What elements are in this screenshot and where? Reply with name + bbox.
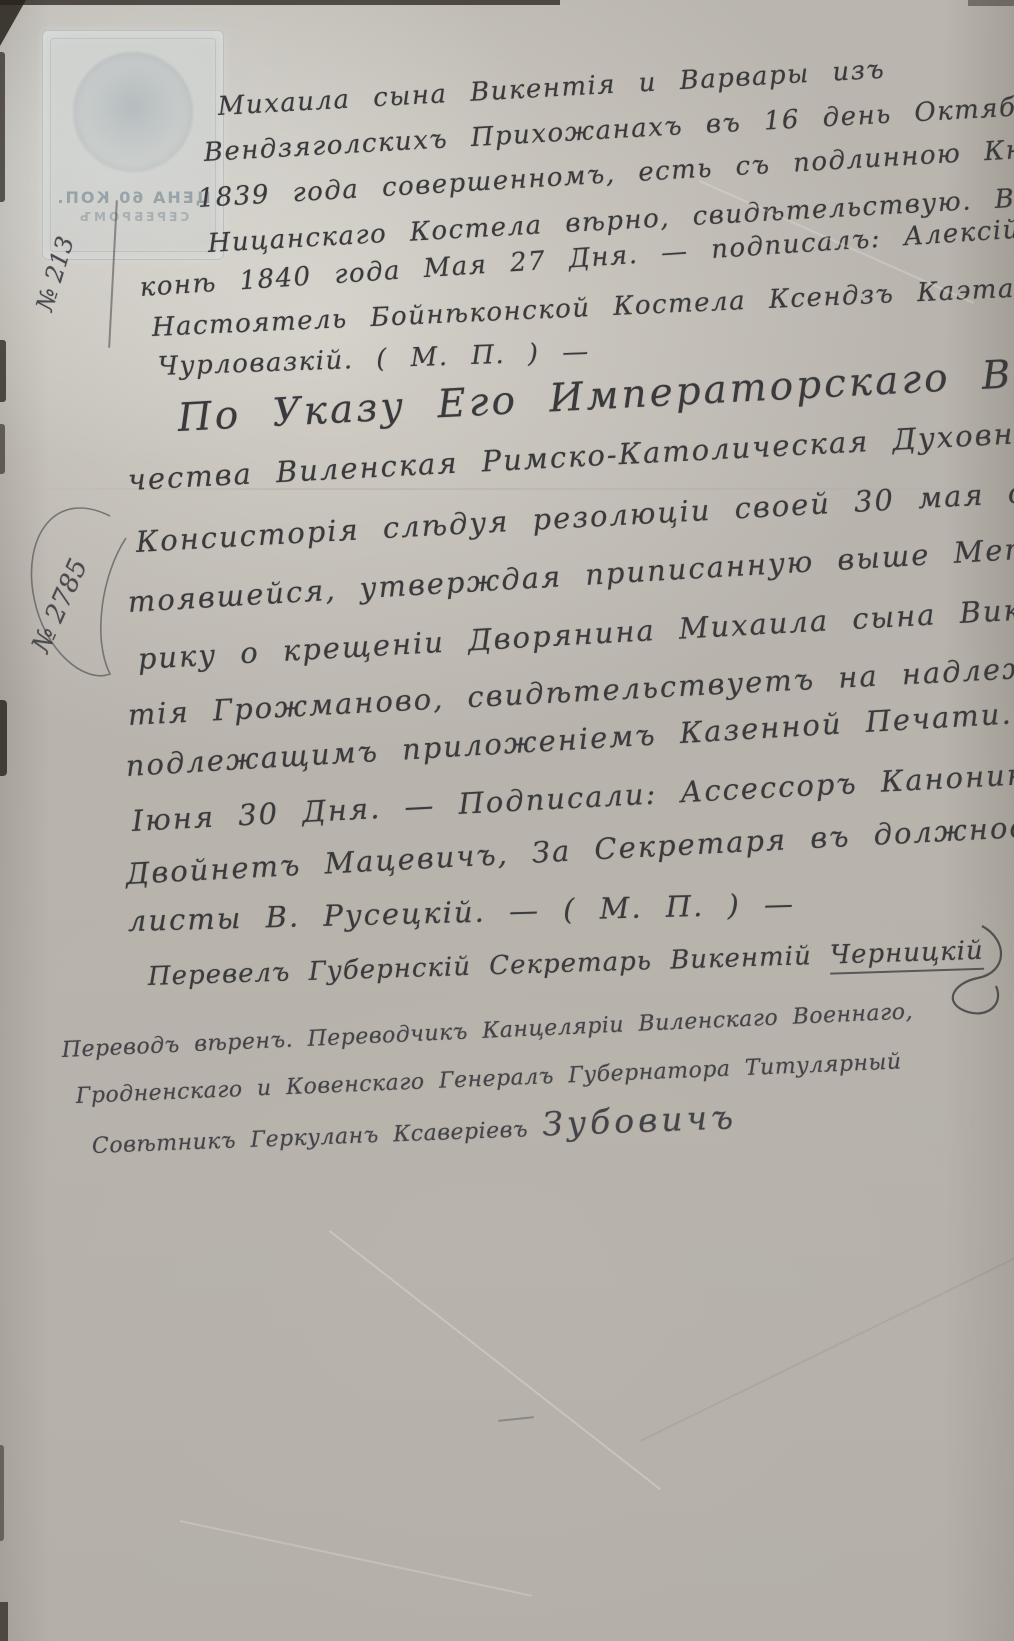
translation-line-2: Гродненскаго и Ковенскаго Генералъ Губер… xyxy=(75,1049,902,1109)
margin-flourish-loop xyxy=(14,478,144,698)
translator-line-text: Перевелъ Губернскій Секретарь Викентій xyxy=(147,941,830,992)
paper-crease xyxy=(640,1230,1014,1442)
paper-crease xyxy=(180,1520,533,1597)
scan-edge-left-4 xyxy=(0,700,7,776)
scan-edge-left-1 xyxy=(0,52,5,202)
faint-ink-dash xyxy=(498,1416,534,1422)
margin-note-upper: № 213 xyxy=(31,233,80,314)
scan-edge-top-right xyxy=(968,0,1014,6)
scan-edge-top-left-corner xyxy=(0,0,26,46)
scan-edge-bottom-left xyxy=(0,1602,8,1641)
scan-edge-left-3 xyxy=(0,424,5,474)
translation-line-3: Совѣтникъ Геркуланъ Ксаверіевъ Зубовичъ xyxy=(91,1097,738,1161)
translator-line: Перевелъ Губернскій Секретарь Викентій Ч… xyxy=(147,936,984,992)
decree-line-10: листы В. Русецкій. — ( М. П. ) — xyxy=(127,887,795,938)
zubovich-signature: Зубовичъ xyxy=(542,1097,738,1143)
paper-crease xyxy=(329,1230,661,1490)
signature-flourish-icon xyxy=(912,920,1012,1020)
scan-edge-left-5 xyxy=(0,1445,4,1541)
stamp-currency-text: СЕРЕБРОМЪ xyxy=(42,210,224,224)
certification-line-7: Чурловазкій. ( М. П. ) — xyxy=(157,337,590,382)
scan-edge-left-2 xyxy=(0,340,6,402)
embossed-revenue-stamp: ЦЕНА 60 КОП. СЕРЕБРОМЪ xyxy=(42,30,224,260)
document-page-scan: ЦЕНА 60 КОП. СЕРЕБРОМЪ № 213 № 2785 Миха… xyxy=(0,0,1014,1641)
scan-edge-top-strip xyxy=(0,0,560,5)
translation-line-3-text: Совѣтникъ Геркуланъ Ксаверіевъ xyxy=(92,1117,543,1159)
imperial-eagle-emblem xyxy=(73,52,193,172)
